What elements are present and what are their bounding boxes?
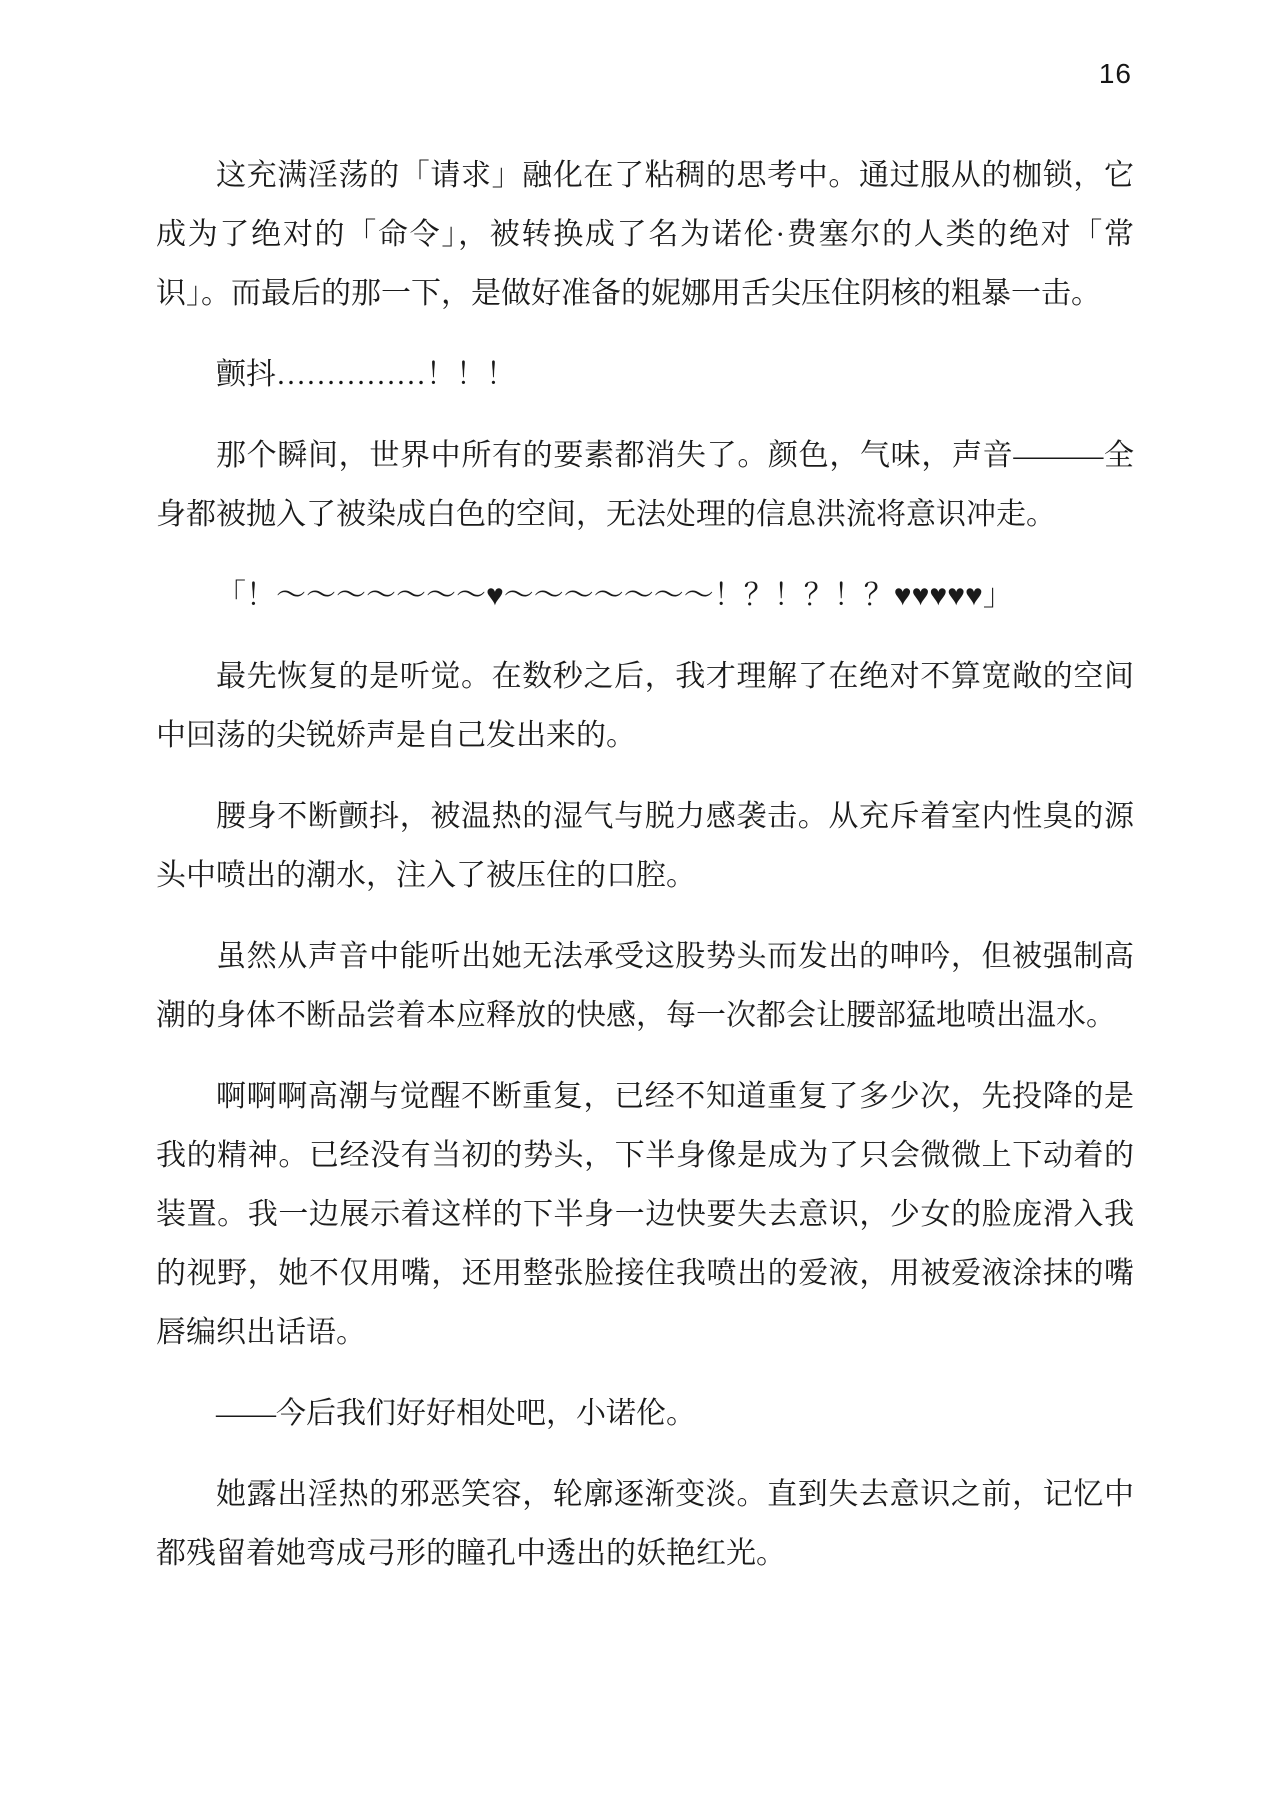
paragraph: 啊啊啊高潮与觉醒不断重复，已经不知道重复了多少次，先投降的是我的精神。已经没有当… bbox=[156, 1067, 1134, 1362]
paragraph-dialogue: ——今后我们好好相处吧，小诺伦。 bbox=[156, 1384, 1134, 1443]
paragraph-dialogue-hearts: 「！～～～～～～～♥～～～～～～～！？！？！？♥♥♥♥♥」 bbox=[156, 566, 1134, 625]
book-page: 16 这充满淫荡的「请求」融化在了粘稠的思考中。通过服从的枷锁，它成为了绝对的「… bbox=[0, 0, 1280, 1810]
paragraph: 那个瞬间，世界中所有的要素都消失了。颜色，气味，声音———全身都被抛入了被染成白… bbox=[156, 426, 1134, 544]
page-number: 16 bbox=[1099, 58, 1132, 90]
paragraph: 最先恢复的是听觉。在数秒之后，我才理解了在绝对不算宽敞的空间中回荡的尖锐娇声是自… bbox=[156, 647, 1134, 765]
paragraph: 这充满淫荡的「请求」融化在了粘稠的思考中。通过服从的枷锁，它成为了绝对的「命令」… bbox=[156, 146, 1134, 323]
paragraph: 腰身不断颤抖，被温热的湿气与脱力感袭击。从充斥着室内性臭的源头中喷出的潮水，注入… bbox=[156, 787, 1134, 905]
page-body-text: 这充满淫荡的「请求」融化在了粘稠的思考中。通过服从的枷锁，它成为了绝对的「命令」… bbox=[156, 146, 1134, 1605]
paragraph: 颤抖……………！！！ bbox=[156, 345, 1134, 404]
paragraph: 她露出淫热的邪恶笑容，轮廓逐渐变淡。直到失去意识之前，记忆中都残留着她弯成弓形的… bbox=[156, 1465, 1134, 1583]
paragraph: 虽然从声音中能听出她无法承受这股势头而发出的呻吟，但被强制高潮的身体不断品尝着本… bbox=[156, 927, 1134, 1045]
